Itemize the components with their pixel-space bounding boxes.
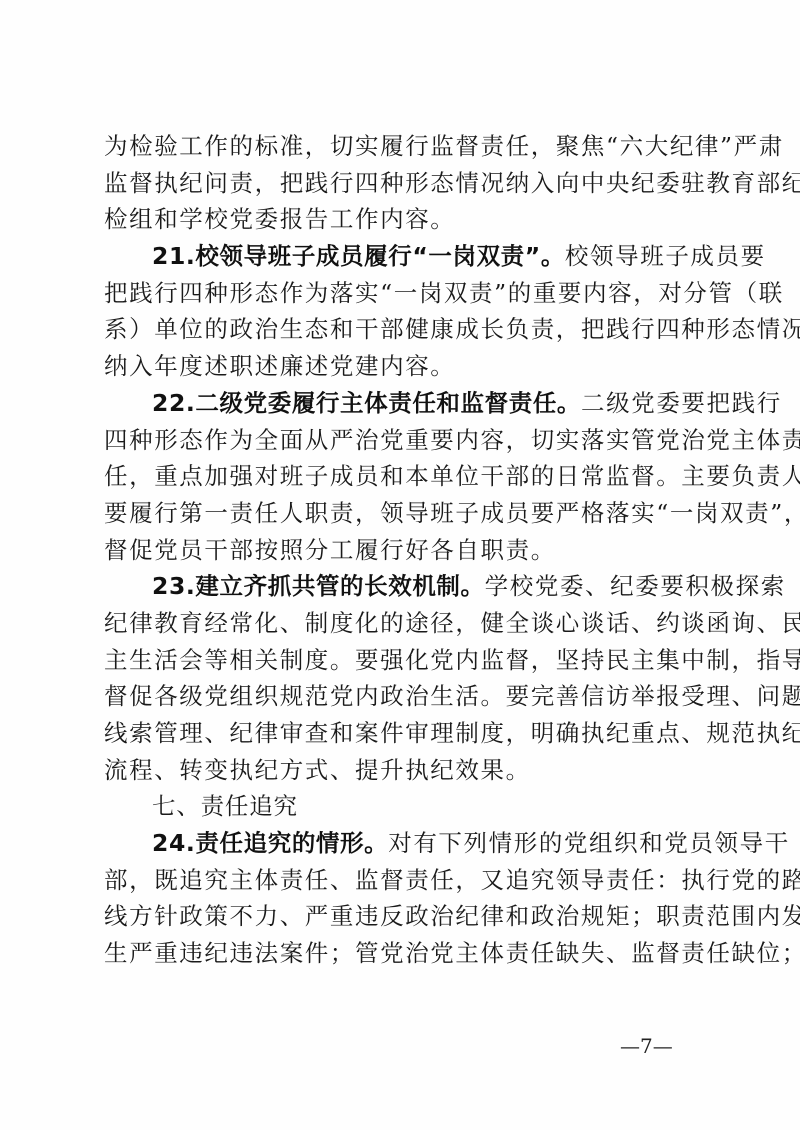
section-22-first-line: 22.二级党委履行主体责任和监督责任。二级党委要把践行 (104, 385, 696, 422)
paragraph-line: 纳入年度述职述廉述党建内容。 (104, 348, 696, 385)
document-body: 为检验工作的标准，切实履行监督责任，聚焦“六大纪律”严肃 监督执纪问责，把践行四… (104, 128, 696, 972)
paragraph-line: 检组和学校党委报告工作内容。 (104, 201, 696, 238)
paragraph-line: 督促党员干部按照分工履行好各自职责。 (104, 532, 696, 569)
paragraph-line: 主生活会等相关制度。要强化党内监督，坚持民主集中制，指导、 (104, 642, 696, 679)
paragraph-line: 任，重点加强对班子成员和本单位干部的日常监督。主要负责人 (104, 458, 696, 495)
paragraph-text: 二级党委要把践行 (581, 389, 782, 417)
section-23-first-line: 23.建立齐抓共管的长效机制。学校党委、纪委要积极探索 (104, 568, 696, 605)
section-24-title: 24.责任追究的情形。 (152, 829, 388, 857)
paragraph-line: 为检验工作的标准，切实履行监督责任，聚焦“六大纪律”严肃 (104, 128, 696, 165)
section-23-title: 23.建立齐抓共管的长效机制。 (152, 572, 485, 600)
section-24-first-line: 24.责任追究的情形。对有下列情形的党组织和党员领导干 (104, 825, 696, 862)
chapter-heading: 七、责任追究 (104, 788, 696, 825)
paragraph-text: 对有下列情形的党组织和党员领导干 (388, 829, 790, 857)
paragraph-line: 把践行四种形态作为落实“一岗双责”的重要内容，对分管（联 (104, 275, 696, 312)
paragraph-line: 监督执纪问责，把践行四种形态情况纳入向中央纪委驻教育部纪 (104, 165, 696, 202)
section-21-first-line: 21.校领导班子成员履行“一岗双责”。校领导班子成员要 (104, 238, 696, 275)
page-number: —7— (620, 1034, 673, 1058)
paragraph-line: 线索管理、纪律审查和案件审理制度，明确执纪重点、规范执纪 (104, 715, 696, 752)
paragraph-line: 生严重违纪违法案件；管党治党主体责任缺失、监督责任缺位； (104, 935, 696, 972)
section-21-title: 21.校领导班子成员履行“一岗双责”。 (152, 242, 565, 270)
paragraph-line: 部，既追究主体责任、监督责任，又追究领导责任：执行党的路 (104, 862, 696, 899)
document-page: 为检验工作的标准，切实履行监督责任，聚焦“六大纪律”严肃 监督执纪问责，把践行四… (0, 0, 800, 1130)
paragraph-line: 四种形态作为全面从严治党重要内容，切实落实管党治党主体责 (104, 422, 696, 459)
paragraph-line: 系）单位的政治生态和干部健康成长负责，把践行四种形态情况 (104, 311, 696, 348)
paragraph-line: 线方针政策不力、严重违反政治纪律和政治规矩；职责范围内发 (104, 898, 696, 935)
paragraph-line: 纪律教育经常化、制度化的途径，健全谈心谈话、约谈函询、民 (104, 605, 696, 642)
paragraph-line: 流程、转变执纪方式、提升执纪效果。 (104, 752, 696, 789)
paragraph-line: 要履行第一责任人职责，领导班子成员要严格落实“一岗双责”， (104, 495, 696, 532)
section-22-title: 22.二级党委履行主体责任和监督责任。 (152, 389, 581, 417)
paragraph-text: 校领导班子成员要 (565, 242, 766, 270)
paragraph-text: 学校党委、纪委要积极探索 (485, 572, 786, 600)
paragraph-line: 督促各级党组织规范党内政治生活。要完善信访举报受理、问题 (104, 678, 696, 715)
